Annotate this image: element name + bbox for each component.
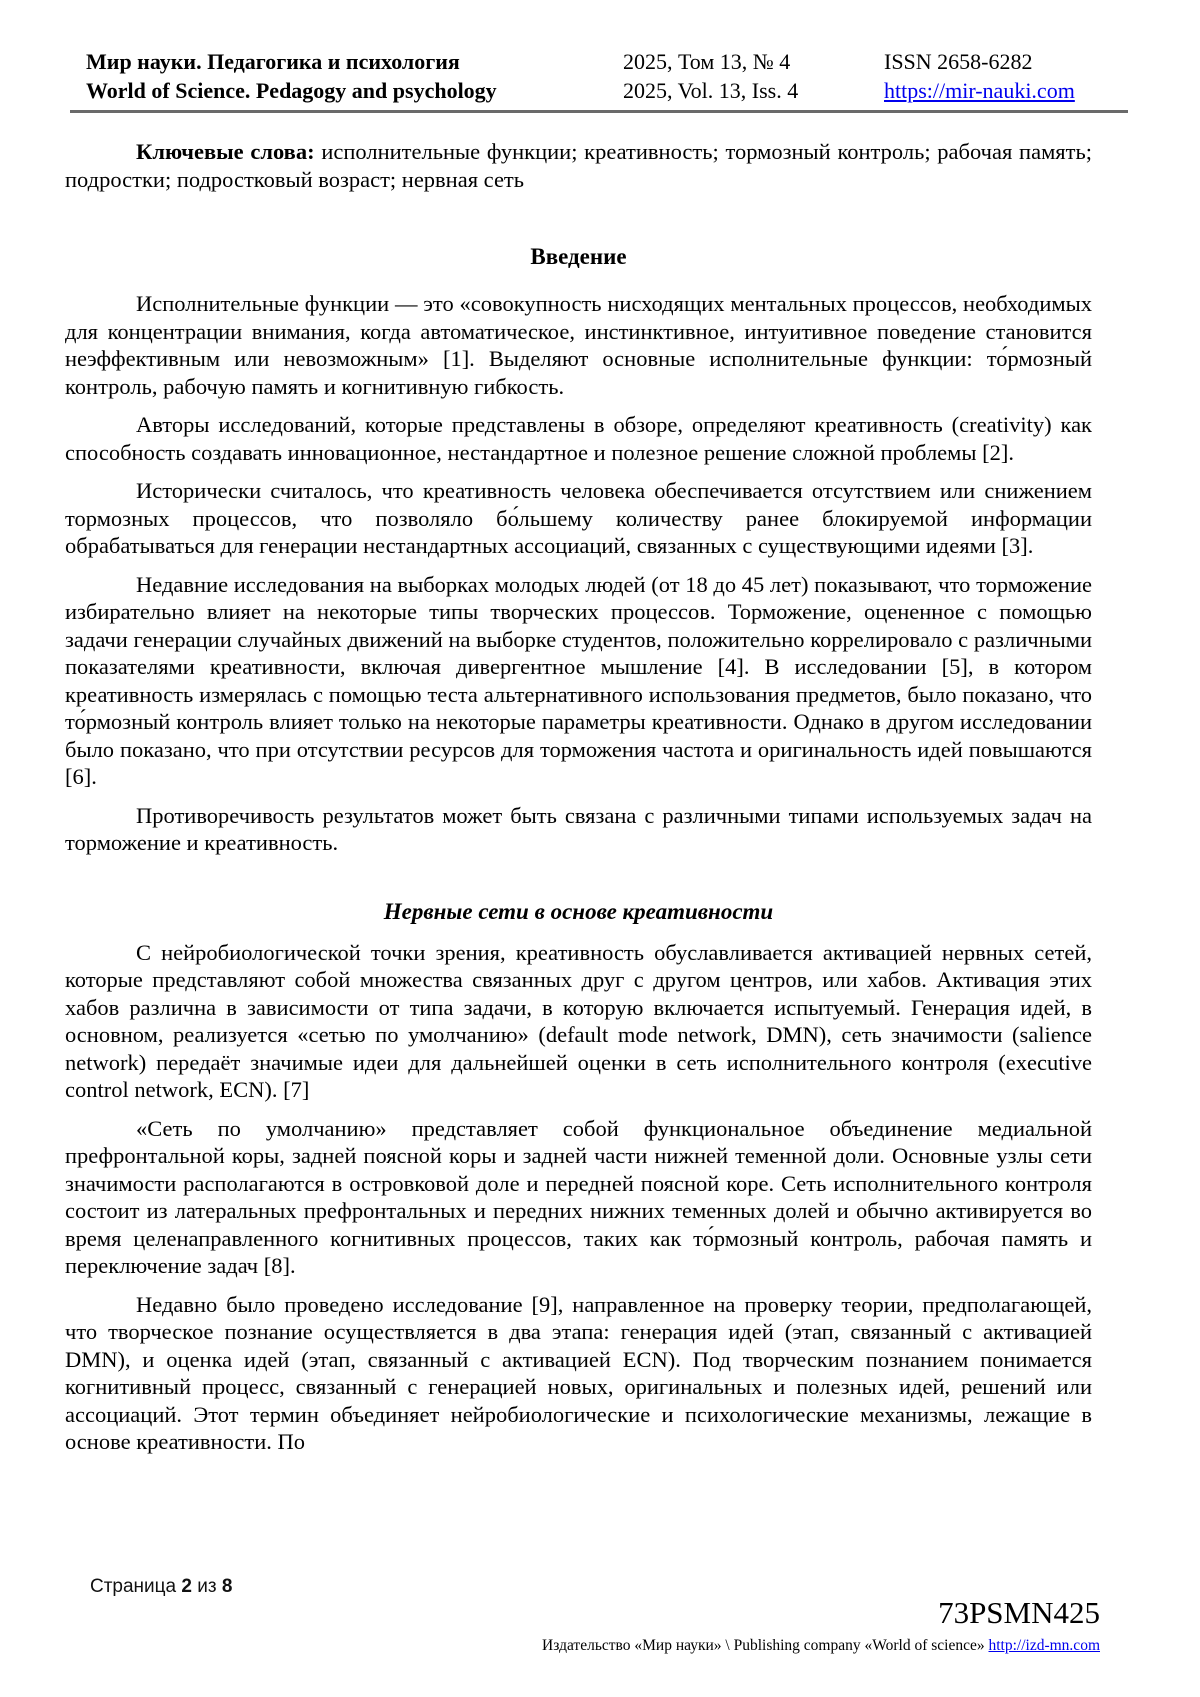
page-number-total: 8 [222,1576,233,1597]
publisher-text: Издательство «Мир науки» \ Publishing co… [542,1637,988,1654]
publisher-line: Издательство «Мир науки» \ Publishing co… [542,1636,1100,1655]
journal-title-en: World of Science. Pedagogy and psycholog… [86,76,623,105]
journal-site-link[interactable]: https://mir-nauki.com [884,78,1075,103]
paragraph-2: Авторы исследований, которые представлен… [65,411,1092,466]
paragraph-8: Недавно было проведено исследование [9],… [65,1291,1092,1456]
page-number: Страница 2 из 8 [90,1576,232,1598]
header-divider-line [70,110,1128,113]
paragraph-6: С нейробиологической точки зрения, креат… [65,939,1092,1104]
paragraph-5: Противоречивость результатов может быть … [65,802,1092,857]
paragraph-3: Исторически считалось, что креативность … [65,477,1092,560]
paragraph-7: «Сеть по умолчанию» представляет собой ф… [65,1115,1092,1280]
section-heading-neural-networks: Нервные сети в основе креативности [65,898,1092,926]
issn-label: ISSN 2658-6282 [884,47,1092,76]
document-page: Мир науки. Педагогика и психология World… [0,0,1200,1697]
journal-title-ru: Мир науки. Педагогика и психология [86,47,623,76]
keywords-paragraph: Ключевые слова: исполнительные функции; … [65,138,1092,193]
paragraph-4: Недавние исследования на выборках молоды… [65,571,1092,791]
section-heading-introduction: Введение [65,243,1092,271]
article-code: 73PSMN425 [938,1596,1100,1630]
page-number-of: из [192,1576,222,1597]
keywords-label: Ключевые слова: [136,139,315,164]
paragraph-1: Исполнительные функции — это «совокупнос… [65,290,1092,400]
journal-issue-info: 2025, Том 13, № 4 2025, Vol. 13, Iss. 4 [623,47,884,105]
page-number-current: 2 [181,1576,192,1597]
issue-ru: 2025, Том 13, № 4 [623,47,884,76]
page-number-word: Страница [90,1576,181,1597]
issue-en: 2025, Vol. 13, Iss. 4 [623,76,884,105]
journal-titles: Мир науки. Педагогика и психология World… [86,47,623,105]
journal-header: Мир науки. Педагогика и психология World… [65,0,1092,105]
publisher-site-link[interactable]: http://izd-mn.com [989,1637,1101,1654]
journal-issn-block: ISSN 2658-6282 https://mir-nauki.com [884,47,1092,105]
article-body: Ключевые слова: исполнительные функции; … [65,138,1092,1456]
